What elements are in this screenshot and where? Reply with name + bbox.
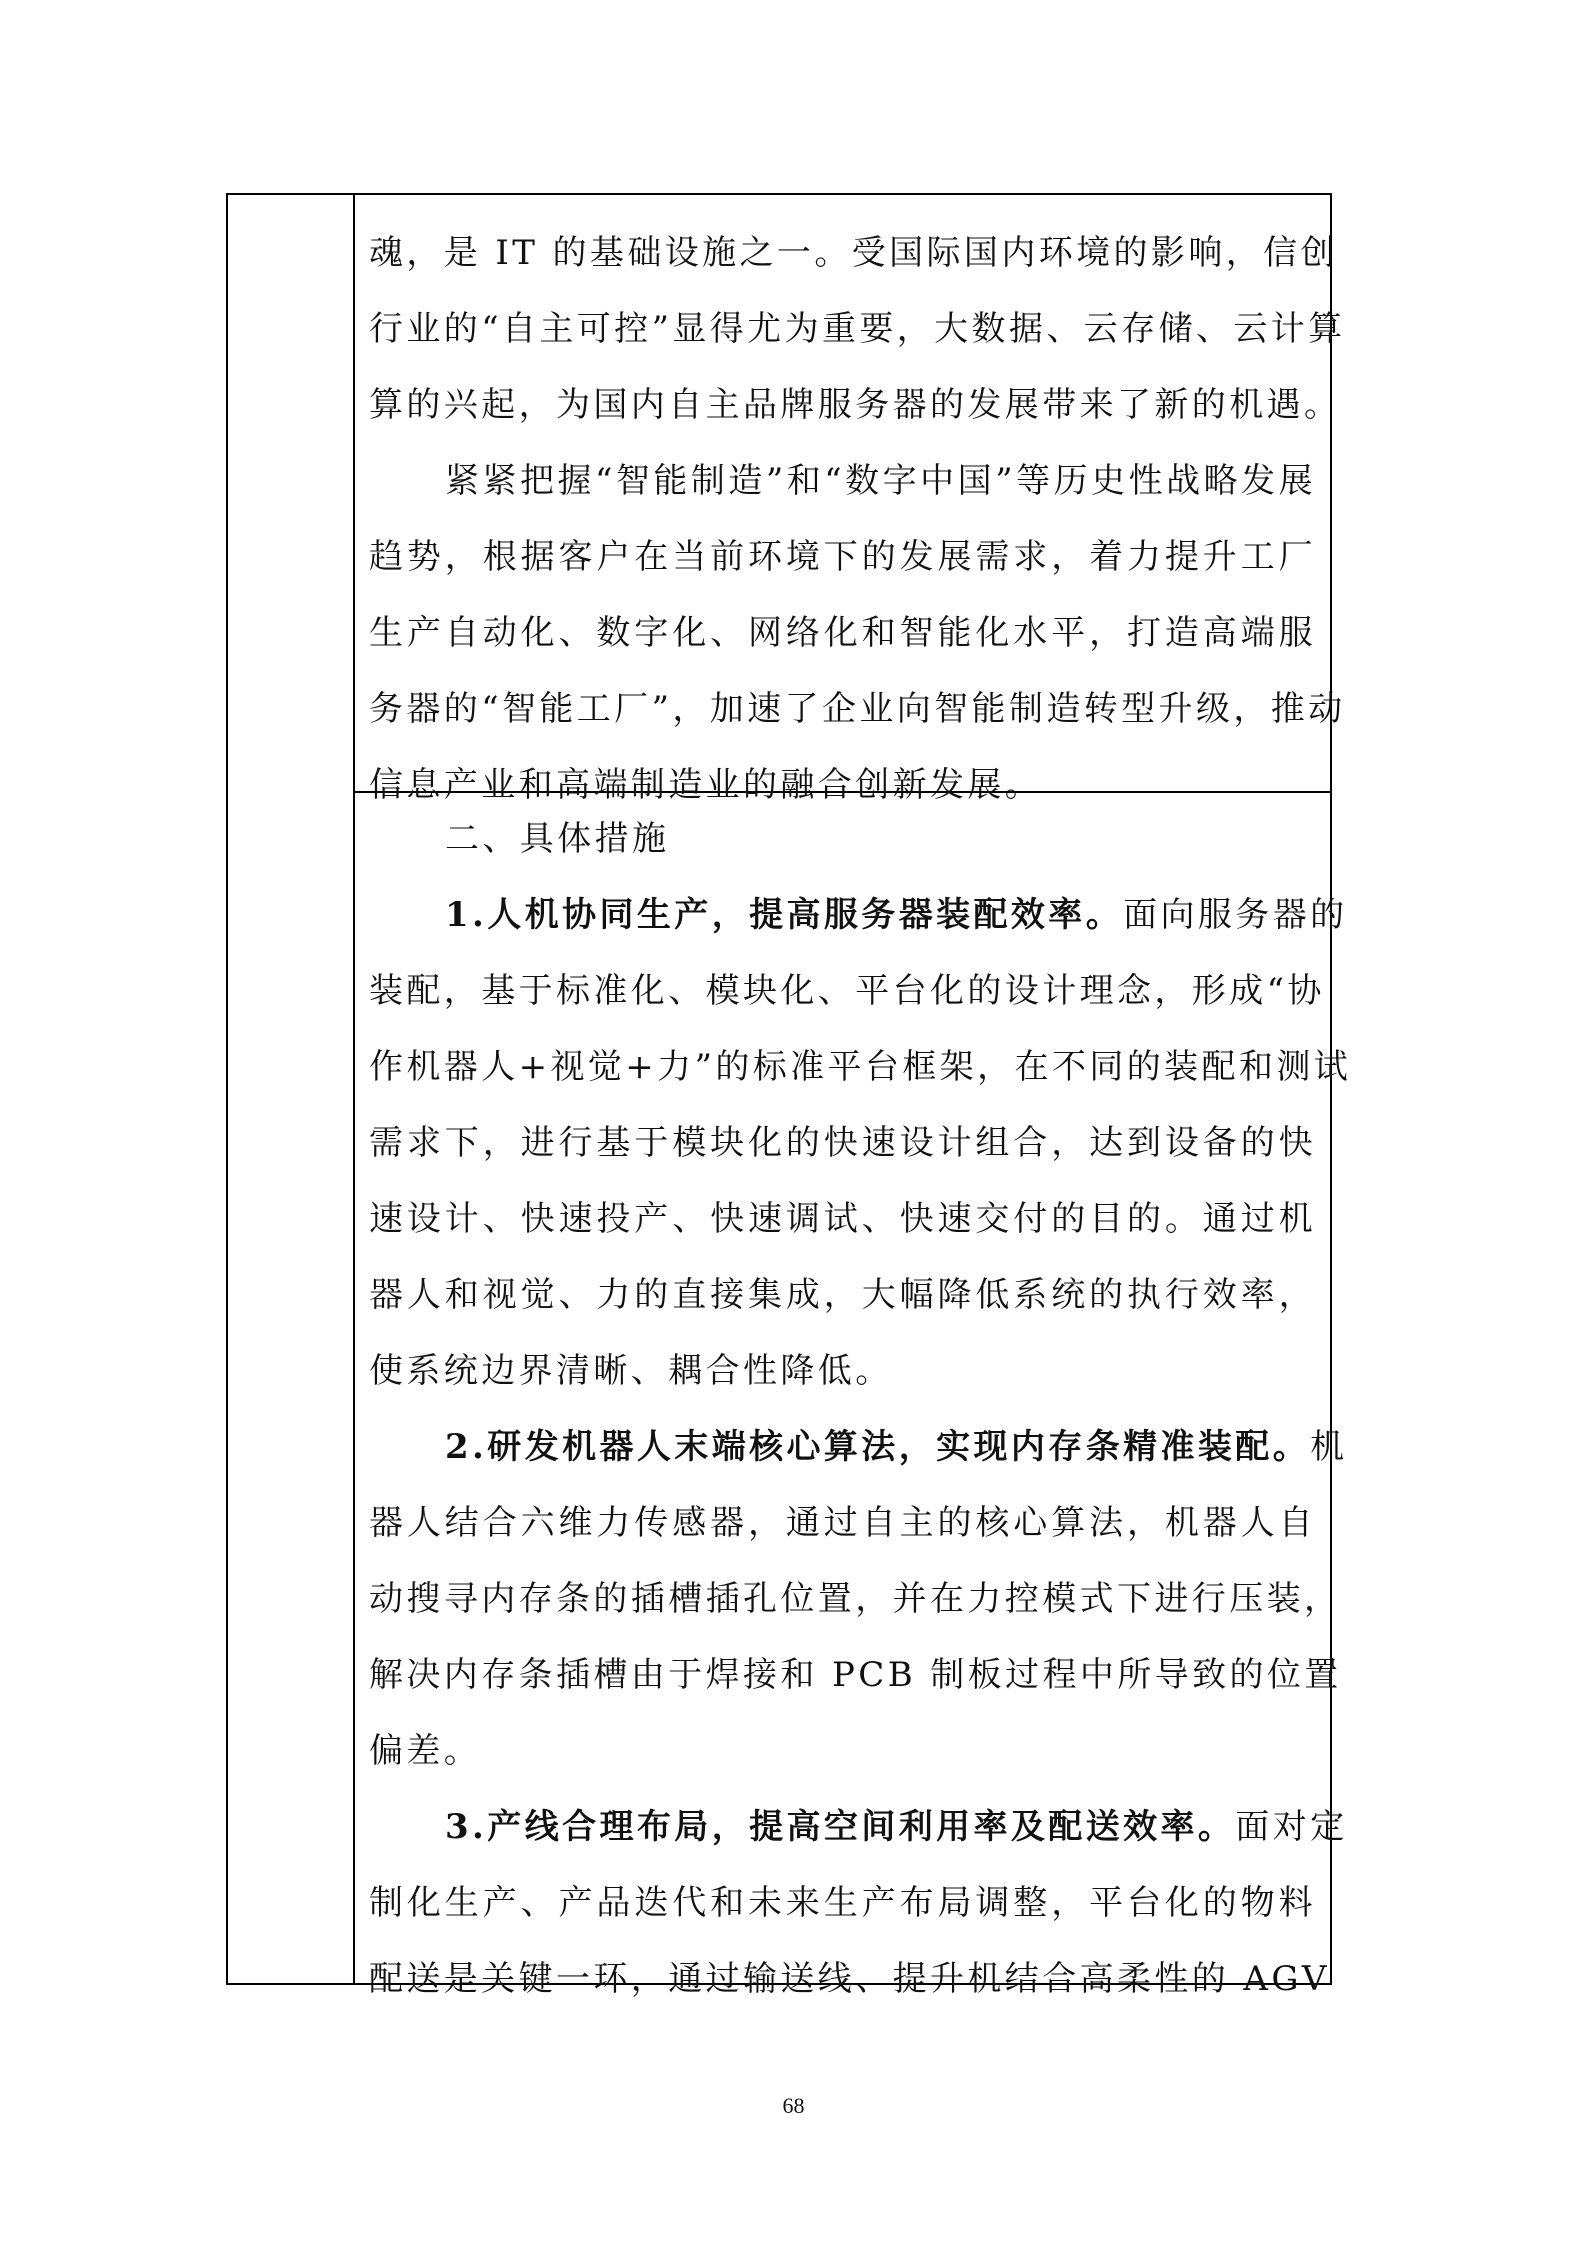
paragraph-line: 趋势，根据客户在当前环境下的发展需求，着力提升工厂 xyxy=(369,519,1316,595)
measure-3-text: 面对定 xyxy=(1235,1807,1347,1847)
paragraph-line: 解决内存条插槽由于焊接和 PCB 制板过程中所导致的位置 xyxy=(369,1637,1316,1713)
paragraph-line: 使系统边界清晰、耦合性降低。 xyxy=(369,1333,1316,1409)
measure-1-text: 面向服务器的 xyxy=(1123,895,1347,935)
table-cell-background: 魂，是 IT 的基础设施之一。受国际国内环境的影响，信创 行业的“自主可控”显得… xyxy=(355,195,1330,793)
paragraph-line: 装配，基于标准化、模块化、平台化的设计理念，形成“协 xyxy=(369,953,1316,1029)
page-number: 68 xyxy=(0,2093,1587,2119)
measure-2-first-line: 2.研发机器人末端核心算法，实现内存条精准装配。机 xyxy=(369,1409,1316,1485)
measure-2-title: 2.研发机器人末端核心算法，实现内存条精准装配。 xyxy=(445,1427,1310,1467)
paragraph-line: 生产自动化、数字化、网络化和智能化水平，打造高端服 xyxy=(369,595,1316,671)
measure-3-title: 3.产线合理布局，提高空间利用率及配送效率。 xyxy=(445,1807,1235,1847)
paragraph-line: 器人结合六维力传感器，通过自主的核心算法，机器人自 xyxy=(369,1485,1316,1561)
paragraph-line: 紧紧把握“智能制造”和“数字中国”等历史性战略发展 xyxy=(369,443,1316,519)
paragraph-line: 作机器人+视觉+力”的标准平台框架，在不同的装配和测试 xyxy=(369,1029,1316,1105)
paragraph-line: 魂，是 IT 的基础设施之一。受国际国内环境的影响，信创 xyxy=(369,215,1316,291)
paragraph-line: 偏差。 xyxy=(369,1713,1316,1789)
measure-3-first-line: 3.产线合理布局，提高空间利用率及配送效率。面对定 xyxy=(369,1789,1316,1865)
paragraph-line: 需求下，进行基于模块化的快速设计组合，达到设备的快 xyxy=(369,1105,1316,1181)
paragraph-line: 配送是关键一环，通过输送线、提升机结合高柔性的 AGV xyxy=(369,1941,1316,2017)
table-left-column xyxy=(228,195,355,1983)
paragraph-line: 动搜寻内存条的插槽插孔位置，并在力控模式下进行压装， xyxy=(369,1561,1316,1637)
paragraph-line: 速设计、快速投产、快速调试、快速交付的目的。通过机 xyxy=(369,1181,1316,1257)
measure-1-title: 1.人机协同生产，提高服务器装配效率。 xyxy=(445,895,1123,935)
paragraph-line: 务器的“智能工厂”，加速了企业向智能制造转型升级，推动 xyxy=(369,671,1316,747)
paragraph-line: 行业的“自主可控”显得尤为重要，大数据、云存储、云计算 xyxy=(369,291,1316,367)
measure-2-text: 机 xyxy=(1310,1427,1347,1467)
measure-1-first-line: 1.人机协同生产，提高服务器装配效率。面向服务器的 xyxy=(369,877,1316,953)
paragraph-line: 制化生产、产品迭代和未来生产布局调整，平台化的物料 xyxy=(369,1865,1316,1941)
content-table: 魂，是 IT 的基础设施之一。受国际国内环境的影响，信创 行业的“自主可控”显得… xyxy=(226,193,1332,1985)
section-heading: 二、具体措施 xyxy=(369,801,1316,877)
paragraph-line: 器人和视觉、力的直接集成，大幅降低系统的执行效率， xyxy=(369,1257,1316,1333)
paragraph-line: 算的兴起，为国内自主品牌服务器的发展带来了新的机遇。 xyxy=(369,367,1316,443)
table-cell-measures: 二、具体措施 1.人机协同生产，提高服务器装配效率。面向服务器的 装配，基于标准… xyxy=(355,793,1330,1983)
